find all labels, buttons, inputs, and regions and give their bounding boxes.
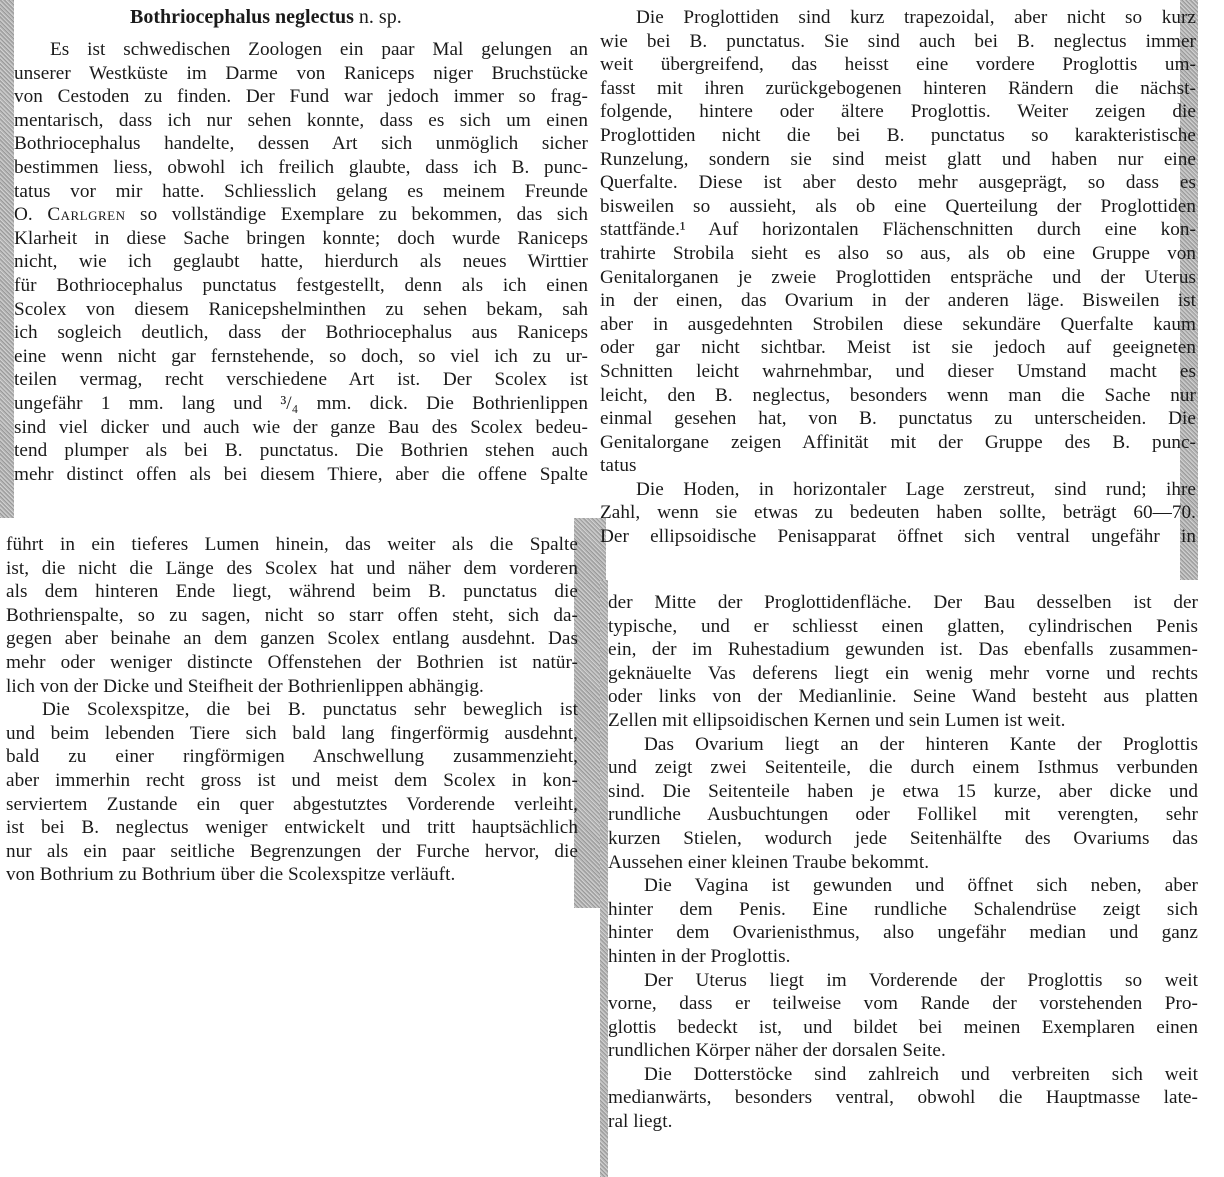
- text-line: Querfalte. Diese ist aber desto mehr aus…: [600, 171, 1196, 195]
- author-name: Carlgren: [47, 204, 125, 225]
- text-line: gegen aber beinahe an dem ganzen Scolex …: [6, 627, 578, 651]
- text-line: oder links von der Medianlinie. Seine Wa…: [608, 685, 1198, 709]
- text-line: Das Ovarium liegt an der hinteren Kante …: [608, 733, 1198, 757]
- text-line: bisweilen so aussieht, als ob eine Quert…: [600, 195, 1196, 219]
- text-line: Proglottiden nicht die bei B. punctatus …: [600, 124, 1196, 148]
- text-line: für Bothriocephalus punctatus festgestel…: [14, 274, 588, 298]
- text-line: führt in ein tieferes Lumen hinein, das …: [6, 533, 578, 557]
- text-line: Es ist schwedischen Zoologen ein paar Ma…: [14, 38, 588, 62]
- text-line: ungefähr 1 mm. lang und ³/₄ mm. dick. Di…: [14, 392, 588, 416]
- scan-edge-center-right-lower: [600, 580, 608, 1177]
- right-column-block-2: der Mitte der Proglottidenfläche. Der Ba…: [608, 591, 1198, 1134]
- text-line: Scolex von diesem Ranicepshelminthen zu …: [14, 298, 588, 322]
- text-line: Die Vagina ist gewunden und öffnet sich …: [608, 874, 1198, 898]
- text-line: tend plumper als bei B. punctatus. Die B…: [14, 439, 588, 463]
- right-column-block-1: Die Proglottiden sind kurz trapezoidal, …: [600, 6, 1196, 549]
- text-line: Klarheit in diese Sache bringen konnte; …: [14, 227, 588, 251]
- text-line: und zeigt zwei Seitenteile, die durch ei…: [608, 756, 1198, 780]
- text-line: tatus vor mir hatte. Schliesslich gelang…: [14, 180, 588, 204]
- text-line: von Bothrium zu Bothrium über die Scolex…: [6, 863, 578, 887]
- text-line: oder gar nicht sichtbar. Meist ist sie j…: [600, 336, 1196, 360]
- text-line: und beim lebenden Tiere sich bald lang f…: [6, 722, 578, 746]
- species-name: Bothriocephalus neglectus: [130, 6, 354, 28]
- text-line: serviertem Zustande ein quer abgestutzte…: [6, 793, 578, 817]
- text-line: Genitalorgane zeigen Affinität mit der G…: [600, 431, 1196, 455]
- text-line: Der Uterus liegt im Vorderende der Progl…: [608, 969, 1198, 993]
- text-line: trahirte Strobila sieht es also so aus, …: [600, 242, 1196, 266]
- text-line: weit übergreifend, das heisst eine vorde…: [600, 53, 1196, 77]
- text-line: rundliche Ausbuchtungen oder Follikel mi…: [608, 803, 1198, 827]
- text-line: wie bei B. punctatus. Sie sind auch bei …: [600, 30, 1196, 54]
- species-novelty-tag: n. sp.: [359, 6, 402, 28]
- text-line: aber in ausgedehnten Strobilen diese sek…: [600, 313, 1196, 337]
- text-line: ein, der im Ruhestadium gewunden ist. Da…: [608, 638, 1198, 662]
- text-line: unserer Westküste im Darme von Raniceps …: [14, 62, 588, 86]
- article-title: Bothriocephalus neglectus n. sp.: [130, 6, 402, 29]
- text-line: glottis bedeckt ist, und bildet bei mein…: [608, 1016, 1198, 1040]
- scan-edge-left-upper: [0, 0, 14, 518]
- text-line: Genitalorganen je zweie Proglottiden ent…: [600, 266, 1196, 290]
- text-line: ral liegt.: [608, 1110, 1198, 1134]
- text-line: teilen vermag, recht verschiedene Art is…: [14, 368, 588, 392]
- text-line: O. Carlgren so vollständige Exemplare zu…: [14, 203, 588, 227]
- text-line: nicht, wie ich geglaubt hatte, hierdurch…: [14, 250, 588, 274]
- text-line: folgende, hintere oder ältere Proglottis…: [600, 100, 1196, 124]
- text-line: Die Proglottiden sind kurz trapezoidal, …: [600, 6, 1196, 30]
- text-line: nur als ein paar seitliche Begrenzungen …: [6, 840, 578, 864]
- text-line: lich von der Dicke und Steifheit der Bot…: [6, 675, 578, 699]
- text-line: medianwärts, besonders ventral, obwohl d…: [608, 1086, 1198, 1110]
- text-line: Bothrienspalte, so zu sagen, nicht so st…: [6, 604, 578, 628]
- text-line: bestimmen liess, obwohl ich freilich gla…: [14, 156, 588, 180]
- left-column-block-2: führt in ein tieferes Lumen hinein, das …: [6, 533, 578, 887]
- text-line: mehr oder weniger distincte Offenstehen …: [6, 651, 578, 675]
- text-line: stattfände.¹ Auf horizontalen Flächensch…: [600, 218, 1196, 242]
- text-line: von Cestoden zu finden. Der Fund war jed…: [14, 85, 588, 109]
- text-line: fasst mit ihren zurückgebogenen hinteren…: [600, 77, 1196, 101]
- text-line: Zellen mit ellipsoidischen Kernen und se…: [608, 709, 1198, 733]
- text-line: Schnitten leicht wahrnehmbar, und dieser…: [600, 360, 1196, 384]
- text-line: hinten in der Proglottis.: [608, 945, 1198, 969]
- text-line: eine wenn nicht gar fernstehende, so doc…: [14, 345, 588, 369]
- text-line: tatus: [600, 454, 1196, 478]
- text-line: hinter dem Ovarienisthmus, also ungefähr…: [608, 921, 1198, 945]
- text-line: Runzelung, sondern sie sind meist glatt …: [600, 148, 1196, 172]
- text-line: Der ellipsoidische Penisapparat öffnet s…: [600, 525, 1196, 549]
- text-line: typische, und er schliesst einen glatten…: [608, 615, 1198, 639]
- text-line: Zahl, wenn sie etwas zu bedeuten haben s…: [600, 501, 1196, 525]
- text-line: Die Dotterstöcke sind zahlreich und verb…: [608, 1063, 1198, 1087]
- text-line: leicht, den B. neglectus, besonders wenn…: [600, 384, 1196, 408]
- text-line: Aussehen einer kleinen Traube bekommt.: [608, 851, 1198, 875]
- text-line: aber immerhin recht gross ist und meist …: [6, 769, 578, 793]
- text-line: ist, die nicht die Länge des Scolex hat …: [6, 557, 578, 581]
- text-line: vorne, dass er teilweise vom Rande der v…: [608, 992, 1198, 1016]
- text-line: mehr distinct offen als bei diesem Thier…: [14, 463, 588, 487]
- text-line: Die Scolexspitze, die bei B. punctatus s…: [6, 698, 578, 722]
- text-line: geknäuelte Vas deferens liegt ein wenig …: [608, 662, 1198, 686]
- text-line: sind. Die Seitenteile haben je etwa 15 k…: [608, 780, 1198, 804]
- text-line: der Mitte der Proglottidenfläche. Der Ba…: [608, 591, 1198, 615]
- left-column-block-1: Es ist schwedischen Zoologen ein paar Ma…: [14, 38, 588, 486]
- text-line: einmal gesehen hat, von B. punctatus zu …: [600, 407, 1196, 431]
- text-line: bald zu einer ringförmigen Anschwellung …: [6, 745, 578, 769]
- text-line: in der einen, das Ovarium in der anderen…: [600, 289, 1196, 313]
- text-line: rundlichen Körper näher der dorsalen Sei…: [608, 1039, 1198, 1063]
- text-line: Bothriocephalus handelte, dessen Art sic…: [14, 132, 588, 156]
- text-line: ich sogleich deutlich, dass der Bothrioc…: [14, 321, 588, 345]
- text-line: mentarisch, dass ich nur sehen konnte, d…: [14, 109, 588, 133]
- text-line: als dem hinteren Ende liegt, während bei…: [6, 580, 578, 604]
- text-line: hinter dem Penis. Eine rundliche Schalen…: [608, 898, 1198, 922]
- text-line: kurzen Stielen, wodurch jede Seitenhälft…: [608, 827, 1198, 851]
- text-line: ist bei B. neglectus weniger entwickelt …: [6, 816, 578, 840]
- text-line: sind viel dicker und auch wie der ganze …: [14, 416, 588, 440]
- text-line: Die Hoden, in horizontaler Lage zerstreu…: [600, 478, 1196, 502]
